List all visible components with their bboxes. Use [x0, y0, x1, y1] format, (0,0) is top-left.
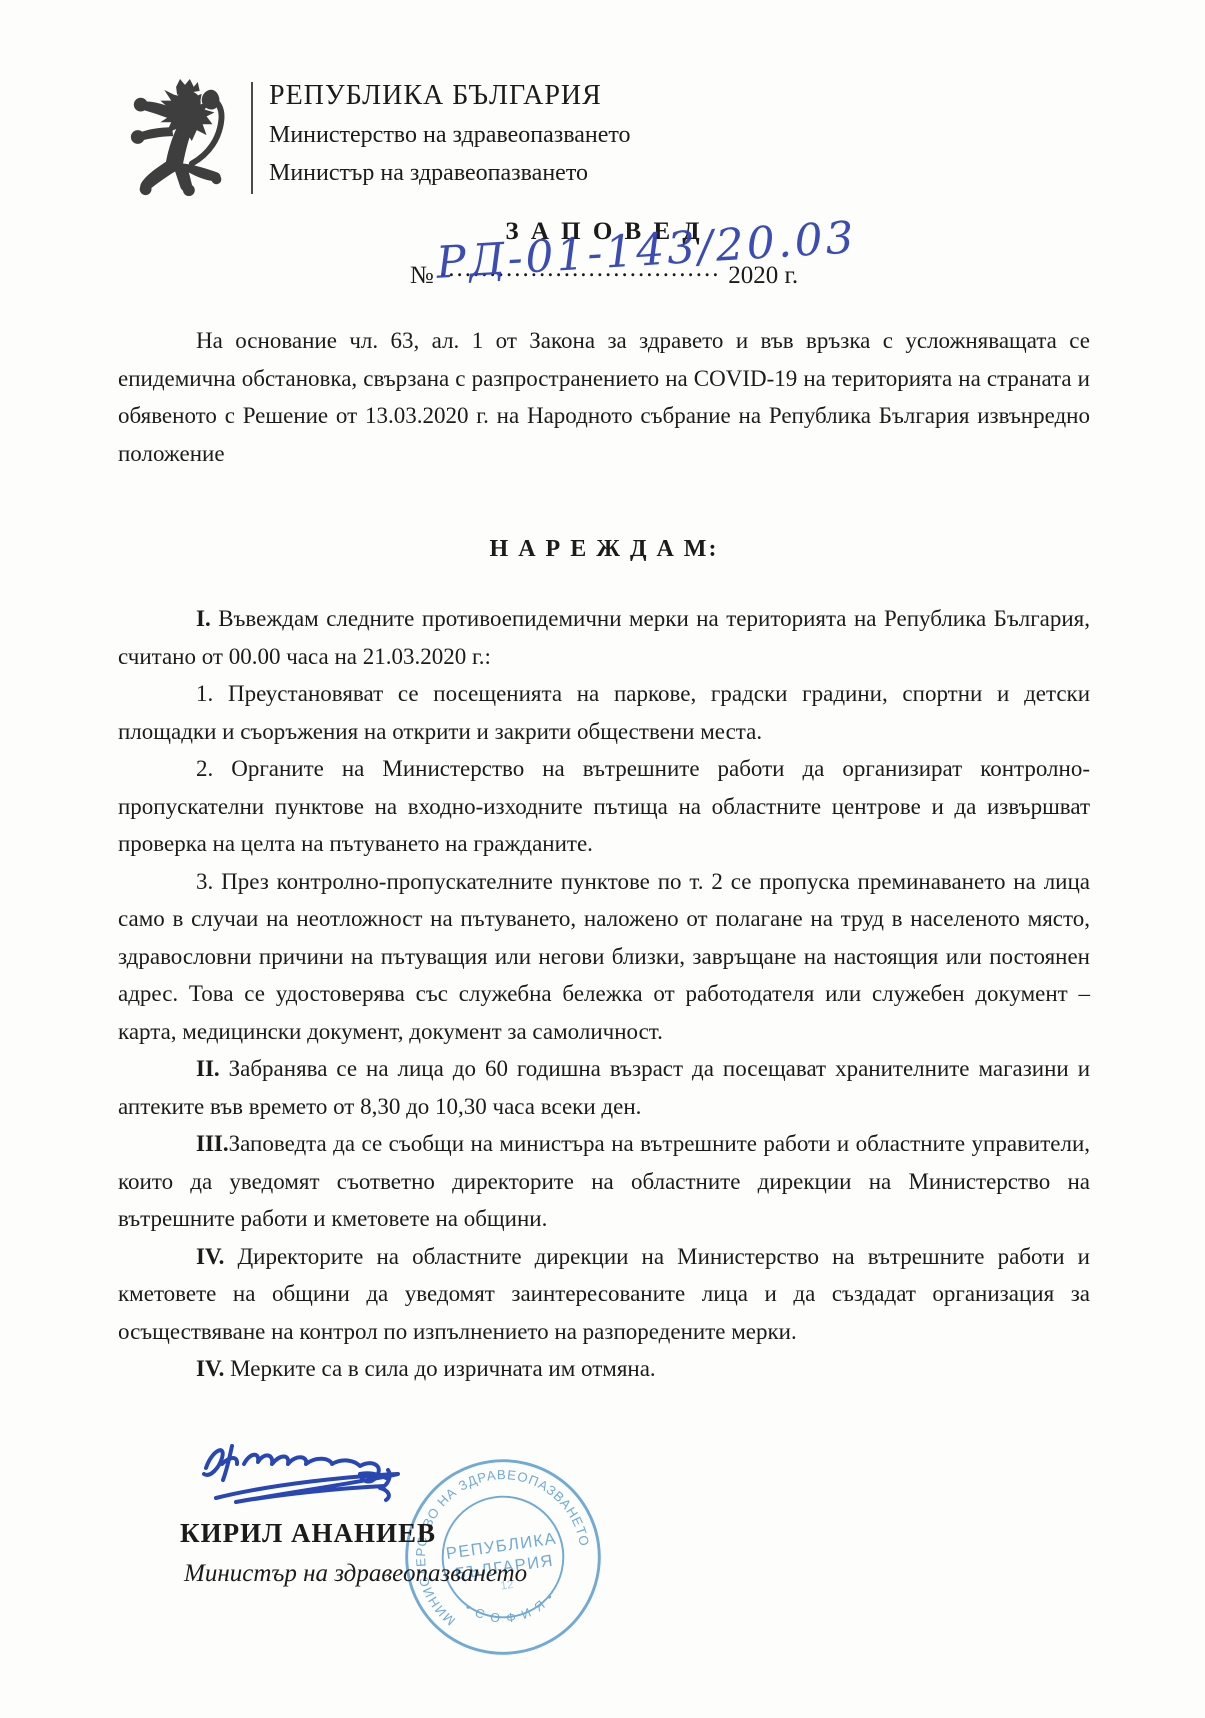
minister-title: Министър на здравеопазването [184, 1560, 527, 1588]
item-text: Преустановяват се посещенията на паркове… [118, 681, 1090, 744]
item-text: Забранява се на лица до 60 годишна възра… [118, 1056, 1090, 1119]
item-lead: 3. [196, 869, 221, 894]
item-lead: III. [196, 1131, 229, 1156]
stamp-city-text: • С О Ф И Я • [461, 1588, 560, 1631]
svg-text:• С О Ф И Я •: • С О Ф И Я • [461, 1588, 560, 1631]
order-item-1: 1. Преустановяват се посещенията на парк… [118, 675, 1090, 750]
preamble-paragraph: На основание чл. 63, ал. 1 от Закона за … [118, 322, 1090, 472]
minister-office: Министър на здравеопазването [269, 160, 631, 187]
order-number-row: № ......................................… [410, 255, 798, 290]
document-body: На основание чл. 63, ал. 1 от Закона за … [118, 322, 1090, 1388]
item-text: Заповедта да се съобщи на министъра на в… [118, 1131, 1090, 1231]
order-title-block: З А П О В Е Д № ........................… [118, 218, 1090, 290]
letterhead-divider [251, 82, 253, 194]
order-item-I: I. Въвеждам следните противоепидемични м… [118, 600, 1090, 675]
scanned-document-page: РЕПУБЛИКА БЪЛГАРИЯ Министерство на здрав… [0, 0, 1205, 1718]
ministry-name: Министерство на здравеопазването [269, 122, 631, 149]
order-item-2: 2. Органите на Министерство на вътрешнит… [118, 750, 1090, 863]
order-item-II: II. Забранява се на лица до 60 годишна в… [118, 1050, 1090, 1125]
item-lead: I. [196, 606, 218, 631]
bulgarian-lion-coat-of-arms-icon [123, 76, 241, 204]
item-lead: 2. [196, 756, 231, 781]
item-text: Въвеждам следните противоепидемични мерк… [118, 606, 1090, 669]
republic-title: РЕПУБЛИКА БЪЛГАРИЯ [269, 80, 631, 112]
item-lead: IV. [196, 1244, 237, 1269]
item-lead: IV. [196, 1356, 230, 1381]
order-item-IV-final: IV. Мерките са в сила до изричната им от… [118, 1350, 1090, 1388]
item-text: Директорите на областните дирекции на Ми… [118, 1244, 1090, 1344]
item-lead: II. [196, 1056, 229, 1081]
item-lead: 1. [196, 681, 228, 706]
ministry-round-stamp: МИНИСТЕРСТВО НА ЗДРАВЕОПАЗВАНЕТО • С О Ф… [396, 1450, 610, 1664]
item-text: Органите на Министерство на вътрешните р… [118, 756, 1090, 856]
minister-name: КИРИЛ АНАНИЕВ [180, 1518, 436, 1549]
narezhdam-heading: Н А Р Е Ж Д А М: [118, 534, 1090, 564]
order-item-III: III.Заповедта да се съобщи на министъра … [118, 1125, 1090, 1238]
letterhead-text: РЕПУБЛИКА БЪЛГАРИЯ Министерство на здрав… [269, 76, 631, 198]
item-text: През контролно-пропускателните пунктове … [118, 869, 1090, 1044]
order-item-IV: IV. Директорите на областните дирекции н… [118, 1238, 1090, 1351]
item-text: Мерките са в сила до изричната им отмяна… [230, 1356, 656, 1381]
order-item-3: 3. През контролно-пропускателните пункто… [118, 863, 1090, 1051]
number-sign: № [410, 262, 434, 289]
letterhead: РЕПУБЛИКА БЪЛГАРИЯ Министерство на здрав… [123, 76, 631, 204]
